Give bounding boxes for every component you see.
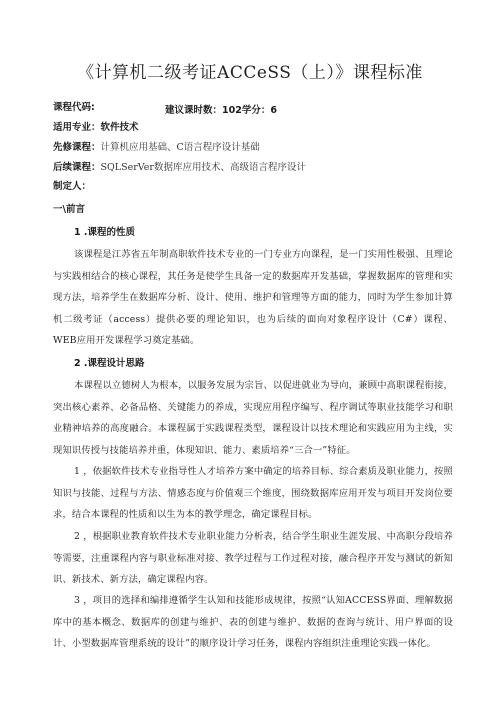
author-row: 制定人： bbox=[53, 181, 91, 193]
document-page: 《计算机二级考证ACCeSS（上）》课程标准 课程代码: 建议课时数：102学分… bbox=[0, 0, 500, 707]
major-row: 适用专业：软件技术 bbox=[53, 122, 139, 134]
author-label: 制定人： bbox=[53, 181, 91, 192]
course-code-label: 课程代码: bbox=[53, 102, 95, 113]
hours-value: 102学分：6 bbox=[222, 105, 277, 116]
design-item-2: 2 ，根据职业教育软件技术专业职业能力分析表，结合学生职业生涯发展、中高职分段培… bbox=[53, 526, 453, 591]
design-item-3: 3 ，项目的选择和编排遵循学生认知和技能形成规律，按照“认知ACCESS界面、理… bbox=[53, 590, 453, 655]
major-value: 软件技术 bbox=[101, 122, 139, 133]
prereq-value: 计算机应用基础、C语言程序设计基础 bbox=[101, 142, 260, 153]
major-label: 适用专业： bbox=[53, 122, 101, 133]
design-item-1: 1 ，依据软件技术专业指导性人才培养方案中确定的培养目标、综合素质及职业能力，按… bbox=[53, 461, 453, 526]
subsection-heading-nature: 1 .课程的性质 bbox=[74, 224, 135, 238]
hours-row: 建议课时数：102学分：6 bbox=[165, 102, 277, 116]
followup-row: 后续课程：SQLSerVer数据库应用技术、高级语言程序设计 bbox=[53, 162, 306, 174]
subsection-heading-design: 2 .课程设计思路 bbox=[74, 355, 145, 369]
course-code-row: 课程代码: bbox=[53, 102, 95, 114]
paragraph-nature: 该课程是江苏省五年制高职软件技术专业的一门专业方向课程，是一门实用性极强、且理论… bbox=[53, 244, 453, 352]
hours-label: 建议课时数： bbox=[165, 105, 222, 116]
paragraph-design: 本课程以立德树人为根本，以服务发展为宗旨、以促进就业为导向，兼顾中高职课程衔接，… bbox=[53, 375, 453, 461]
prereq-row: 先修课程：计算机应用基础、C语言程序设计基础 bbox=[53, 142, 260, 154]
document-title: 《计算机二级考证ACCeSS（上）》课程标准 bbox=[0, 58, 500, 83]
section-heading-preface: 一\前言 bbox=[53, 201, 85, 215]
prereq-label: 先修课程： bbox=[53, 142, 101, 153]
followup-value: SQLSerVer数据库应用技术、高级语言程序设计 bbox=[101, 162, 306, 173]
followup-label: 后续课程： bbox=[53, 162, 101, 173]
